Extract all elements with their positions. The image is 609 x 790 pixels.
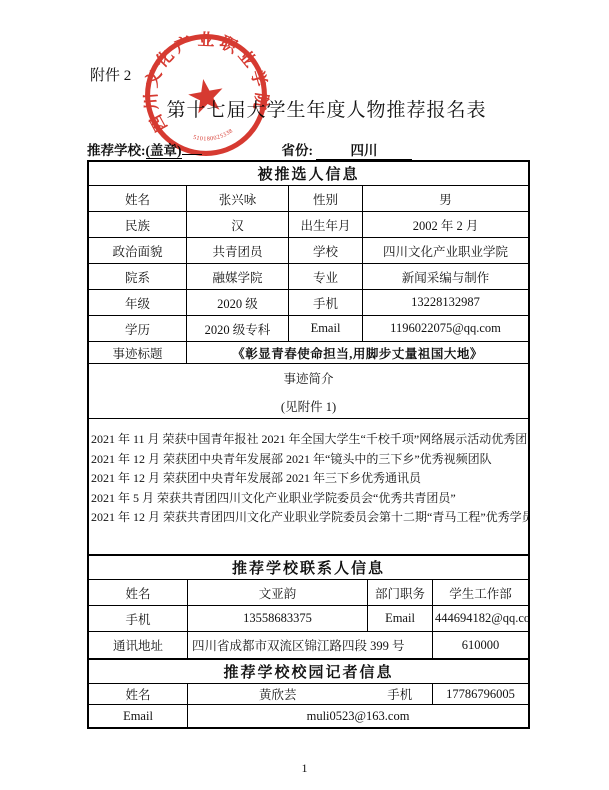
table-row: 2021 年 11 月 荣获中国青年报社 2021 年全国大学生“千校千项”网络… (89, 419, 529, 555)
school-label: 学校 (289, 238, 363, 264)
reporter-email-value: muli0523@163.com (188, 705, 529, 728)
reporter-section-title: 推荐学校校园记者信息 (89, 660, 529, 684)
table-row: 通讯地址 四川省成都市双流区锦江路四段 399 号 610000 (89, 632, 529, 659)
name-value: 张兴咏 (187, 186, 289, 212)
svg-text:四川文化产业职业学院: 四川文化产业职业学院 (142, 31, 270, 137)
contact-address-value: 四川省成都市双流区锦江路四段 399 号 (188, 632, 433, 659)
table-row: 姓名 黄欣芸 手机 17786796005 (89, 684, 529, 705)
table-row: 政治面貌 共青团员 学校 四川文化产业职业学院 (89, 238, 529, 264)
contact-postal-code: 610000 (433, 632, 529, 659)
gender-value: 男 (363, 186, 529, 212)
table-row: 民族 汉 出生年月 2002 年 2 月 (89, 212, 529, 238)
reporter-info-table: 推荐学校校园记者信息 姓名 黄欣芸 手机 17786796005 Email m… (88, 659, 529, 728)
school-seal: 四川文化产业职业学院 510180025338 (142, 31, 270, 159)
contact-dept-label: 部门职务 (368, 580, 433, 606)
province-value: 四川 (316, 139, 412, 160)
form-title: 第十七届大学生年度人物推荐报名表 (0, 95, 609, 122)
contact-mobile-value: 13558683375 (188, 606, 368, 632)
contact-dept-value: 学生工作部 (433, 580, 529, 606)
deeds-title-value: 《彰显青春使命担当,用脚步丈量祖国大地》 (187, 342, 529, 364)
seal-school-name: 四川文化产业职业学院 (142, 31, 270, 137)
contact-email-value: 444694182@qq.com (433, 606, 529, 632)
email-value: 1196022075@qq.com (363, 316, 529, 342)
contact-name-label: 姓名 (89, 580, 188, 606)
province-field: 省份:四川 (282, 139, 413, 160)
mobile-label: 手机 (289, 290, 363, 316)
contact-mobile-label: 手机 (89, 606, 188, 632)
department-label: 院系 (89, 264, 187, 290)
political-status-label: 政治面貌 (89, 238, 187, 264)
document-page: 附件 2 第十七届大学生年度人物推荐报名表 四川文化产业职业学院 5101800… (0, 0, 609, 790)
table-row: Email muli0523@163.com (89, 705, 529, 728)
nominee-section-title: 被推选人信息 (89, 162, 529, 186)
deeds-summary-cell: 事迹简介 (见附件 1) (89, 364, 529, 419)
table-row: 院系 融媒学院 专业 新闻采编与制作 (89, 264, 529, 290)
table-row: 姓名 文亚韵 部门职务 学生工作部 (89, 580, 529, 606)
table-row: 年级 2020 级 手机 13228132987 (89, 290, 529, 316)
table-row: 事迹简介 (见附件 1) (89, 364, 529, 419)
table-row: 姓名 张兴咏 性别 男 (89, 186, 529, 212)
contact-email-label: Email (368, 606, 433, 632)
grade-label: 年级 (89, 290, 187, 316)
contact-address-label: 通讯地址 (89, 632, 188, 659)
award-line: 2021 年 5 月 荣获共青团四川文化产业职业学院委员会“优秀共青团员” (91, 489, 527, 509)
svg-text:510180025338: 510180025338 (191, 128, 235, 146)
awards-cell: 2021 年 11 月 荣获中国青年报社 2021 年全国大学生“千校千项”网络… (89, 419, 529, 555)
contact-section-title: 推荐学校联系人信息 (89, 556, 529, 580)
grade-value: 2020 级 (187, 290, 289, 316)
page-number: 1 (0, 761, 609, 776)
birth-label: 出生年月 (289, 212, 363, 238)
gender-label: 性别 (289, 186, 363, 212)
school-value: 四川文化产业职业学院 (363, 238, 529, 264)
reporter-phone-value: 17786796005 (433, 684, 529, 705)
reporter-name-value: 黄欣芸 (188, 684, 368, 705)
nominee-info-table: 被推选人信息 姓名 张兴咏 性别 男 民族 汉 出生年月 2002 年 2 月 … (88, 161, 529, 555)
ethnicity-label: 民族 (89, 212, 187, 238)
table-row: 事迹标题 《彰显青春使命担当,用脚步丈量祖国大地》 (89, 342, 529, 364)
reporter-email-label: Email (89, 705, 188, 728)
award-line: 2021 年 12 月 荣获团中央青年发展部 2021 年三下乡优秀通讯员 (91, 469, 527, 489)
province-field-label: 省份: (282, 143, 314, 158)
seal-serial: 510180025338 (191, 128, 235, 146)
table-row: 手机 13558683375 Email 444694182@qq.com (89, 606, 529, 632)
mobile-value: 13228132987 (363, 290, 529, 316)
award-line: 2021 年 12 月 荣获团中央青年发展部 2021 年“镜头中的三下乡”优秀… (91, 450, 527, 470)
table-row: 学历 2020 级专科 Email 1196022075@qq.com (89, 316, 529, 342)
school-field-label: 推荐学校: (87, 143, 146, 158)
major-value: 新闻采编与制作 (363, 264, 529, 290)
major-label: 专业 (289, 264, 363, 290)
reporter-phone-label: 手机 (368, 684, 433, 705)
contact-info-table: 推荐学校联系人信息 姓名 文亚韵 部门职务 学生工作部 手机 135586833… (88, 555, 529, 659)
birth-value: 2002 年 2 月 (363, 212, 529, 238)
seal-star-icon (186, 76, 226, 115)
name-label: 姓名 (89, 186, 187, 212)
reporter-name-label: 姓名 (89, 684, 188, 705)
education-label: 学历 (89, 316, 187, 342)
contact-name-value: 文亚韵 (188, 580, 368, 606)
deeds-title-label: 事迹标题 (89, 342, 187, 364)
deeds-summary-title: 事迹简介 (91, 369, 526, 387)
email-label: Email (289, 316, 363, 342)
attachment-label: 附件 2 (90, 64, 131, 85)
award-line: 2021 年 12 月 荣获共青团四川文化产业职业学院委员会第十二期“青马工程”… (91, 508, 527, 528)
political-status-value: 共青团员 (187, 238, 289, 264)
ethnicity-value: 汉 (187, 212, 289, 238)
education-value: 2020 级专科 (187, 316, 289, 342)
award-line: 2021 年 11 月 荣获中国青年报社 2021 年全国大学生“千校千项”网络… (91, 430, 527, 450)
deeds-summary-note: (见附件 1) (91, 397, 526, 415)
form-table: 被推选人信息 姓名 张兴咏 性别 男 民族 汉 出生年月 2002 年 2 月 … (87, 160, 530, 729)
department-value: 融媒学院 (187, 264, 289, 290)
